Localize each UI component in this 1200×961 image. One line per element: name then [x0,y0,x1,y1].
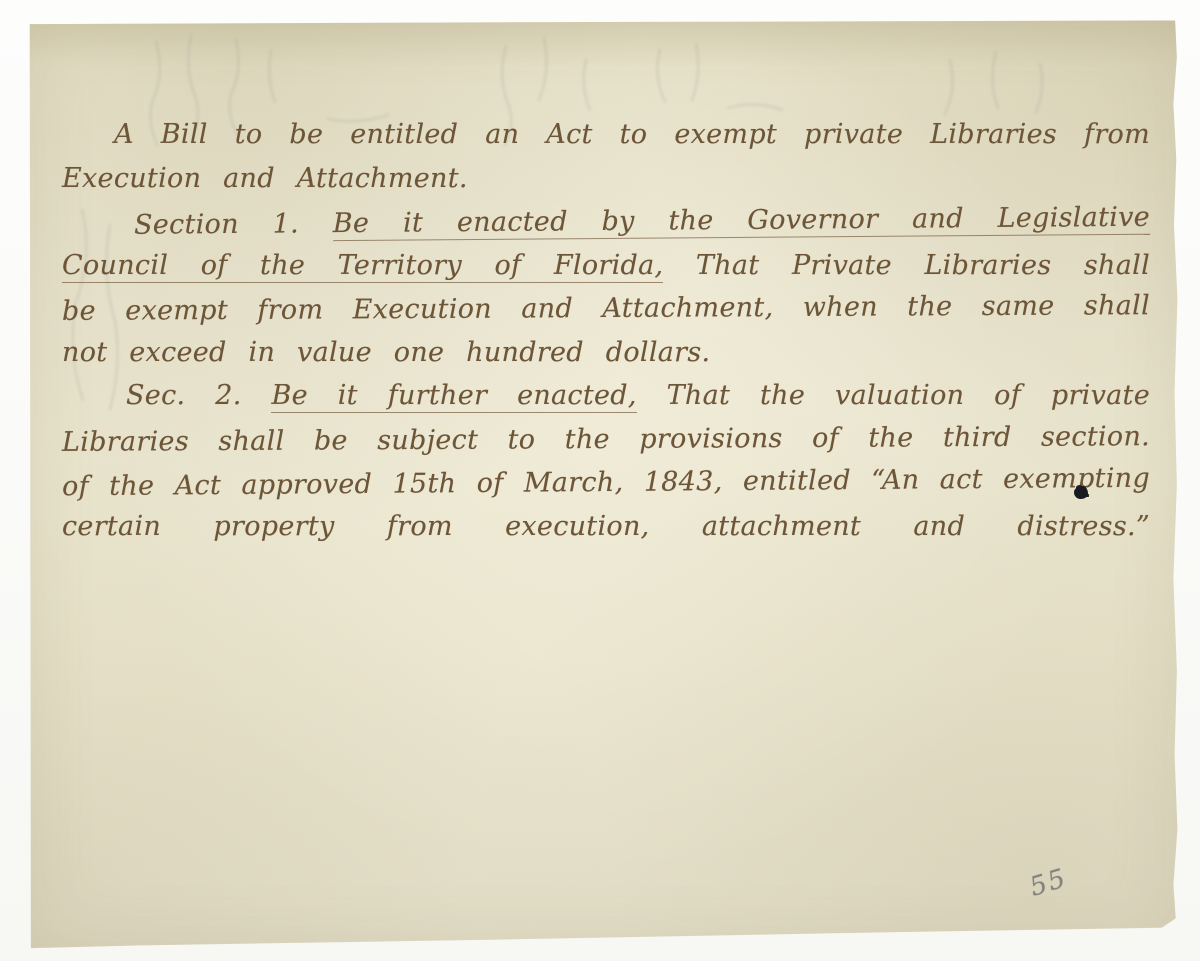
text-segment: Section 1. [134,208,333,241]
ink-blot [1074,486,1088,499]
text-segment: be exempt from Execution and Attachment,… [62,290,1150,327]
text-segment: of the Act approved 15th of March, 1843,… [62,463,1150,503]
text-segment: That Private Libraries shall [663,250,1150,281]
page-number: 55 [1026,863,1070,903]
manuscript-line: of the Act approved 15th of March, 1843,… [62,457,1150,509]
underlined-text-segment: Be it further enacted, [271,380,636,413]
manuscript-line: A Bill to be entitled an Act to exempt p… [62,113,1150,157]
manuscript-line: not exceed in value one hundred dollars. [62,331,1150,375]
manuscript-line: certain property from execution, attachm… [62,505,1150,549]
manuscript-line: Libraries shall be subject to the provis… [62,415,1150,464]
manuscript-page: A Bill to be entitled an Act to exempt p… [28,20,1178,950]
text-segment: certain property from execution, attachm… [62,511,1150,542]
text-segment: That the valuation of private [637,380,1150,411]
underlined-text-segment: Council of the Territory of Florida, [62,250,663,283]
manuscript-text: A Bill to be entitled an Act to exempt p… [62,113,1150,548]
text-segment: A Bill to be entitled an Act to exempt p… [114,119,1150,150]
manuscript-line: Section 1. Be it enacted by the Governor… [62,196,1150,248]
text-segment: Execution and Attachment. [62,163,468,194]
scan-background: A Bill to be entitled an Act to exempt p… [0,0,1200,961]
text-segment: not exceed in value one hundred dollars. [62,337,710,368]
manuscript-line: Execution and Attachment. [62,157,1150,201]
manuscript-line: Sec. 2. Be it further enacted, That the … [62,374,1150,418]
text-segment: Sec. 2. [126,380,271,411]
manuscript-line: Council of the Territory of Florida, Tha… [62,244,1150,288]
text-segment: Libraries shall be subject to the provis… [62,421,1150,458]
manuscript-line: be exempt from Execution and Attachment,… [62,284,1150,333]
underlined-text-segment: Be it enacted by the Governor and Legisl… [333,202,1150,241]
